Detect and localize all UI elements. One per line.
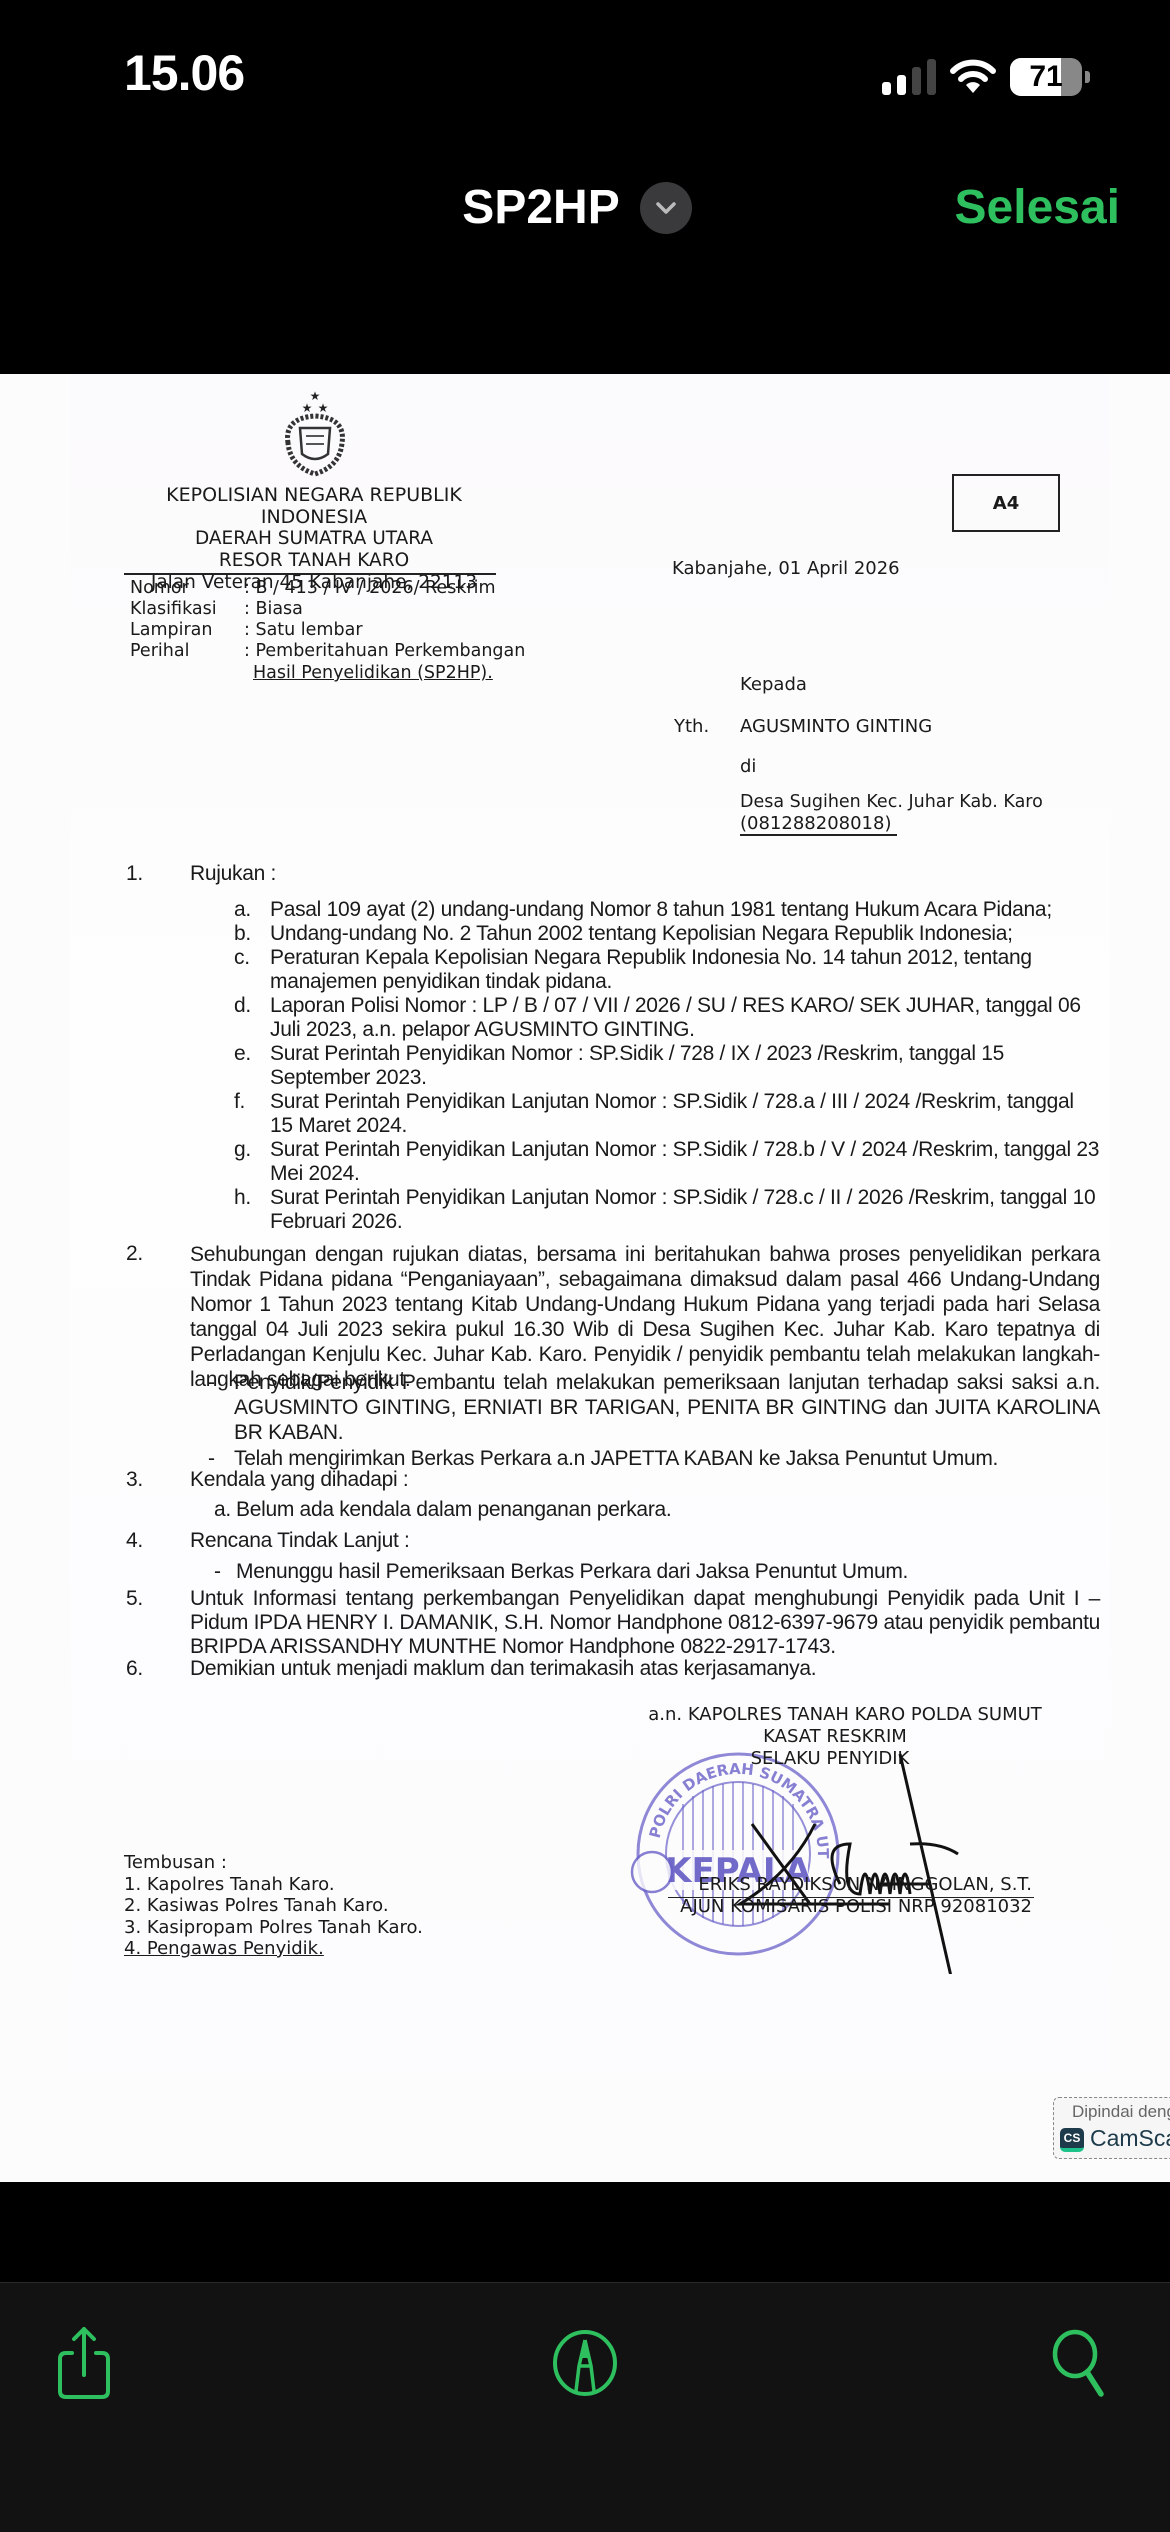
- recipient-address: Desa Sugihen Kec. Juhar Kab. Karo: [740, 792, 1043, 812]
- followup-bullet: -Menunggu hasil Pemeriksaan Berkas Perka…: [214, 1559, 1106, 1584]
- recipient-kepada: Kepada: [740, 674, 807, 695]
- wifi-icon: [950, 59, 996, 95]
- bottom-toolbar: [0, 2282, 1170, 2532]
- section-1-number: 1.: [126, 862, 143, 886]
- handwritten-signature: [700, 1734, 1000, 1974]
- cc-item: 3. Kasipropam Polres Tanah Karo.: [124, 1917, 423, 1939]
- battery-percent: 71: [1029, 60, 1062, 94]
- meta-lampiran: Lampiran: Satu lembar: [130, 620, 363, 640]
- markup-button[interactable]: [545, 2323, 625, 2403]
- recipient-yth: Yth.: [674, 716, 709, 737]
- obstacle-item: a.Belum ada kendala dalam penanganan per…: [214, 1498, 1080, 1522]
- status-icons: 71: [882, 58, 1090, 96]
- section-4-number: 4.: [126, 1529, 143, 1553]
- share-button[interactable]: [44, 2323, 124, 2403]
- section-6-number: 6.: [126, 1657, 143, 1681]
- reference-item: c.Peraturan Kepala Kepolisian Negara Rep…: [234, 946, 1100, 994]
- reference-item: b.Undang-undang No. 2 Tahun 2002 tentang…: [234, 922, 1100, 946]
- chevron-down-icon[interactable]: [640, 182, 692, 234]
- signer: ERIKS RAYDIKSON NAINGGOLAN, S.T. AJUN KO…: [672, 1874, 1032, 1918]
- reference-item: d.Laporan Polisi Nomor : LP / B / 07 / V…: [234, 994, 1100, 1042]
- status-time: 15.06: [124, 44, 244, 102]
- recipient-name: AGUSMINTO GINTING: [740, 716, 932, 737]
- signer-rank: AJUN KOMISARIS POLISI NRP 92081032: [672, 1896, 1032, 1918]
- search-icon: [1045, 2328, 1115, 2398]
- letterhead-divider: [124, 573, 496, 575]
- section-4-heading: Rencana Tindak Lanjut :: [190, 1529, 410, 1553]
- recipient-phone: (081288208018): [740, 813, 897, 836]
- place-date: Kabanjahe, 01 April 2026: [672, 558, 900, 579]
- recipient-di: di: [740, 756, 756, 777]
- section-6-text: Demikian untuk menjadi maklum dan terima…: [190, 1657, 816, 1681]
- markup-pen-icon: [550, 2328, 620, 2398]
- section-2-number: 2.: [126, 1242, 143, 1266]
- signer-divider: [668, 1897, 1034, 1898]
- svg-text:★: ★: [318, 401, 329, 415]
- reference-item: f.Surat Perintah Penyidikan Lanjutan Nom…: [234, 1090, 1100, 1138]
- camscanner-logo-icon: CS: [1060, 2128, 1084, 2152]
- reference-item: g.Surat Perintah Penyidikan Lanjutan Nom…: [234, 1138, 1100, 1186]
- cc-item: 4. Pengawas Penyidik.: [124, 1938, 423, 1960]
- reference-item: h.Surat Perintah Penyidikan Lanjutan Nom…: [234, 1186, 1100, 1234]
- reference-item: e.Surat Perintah Penyidikan Nomor : SP.S…: [234, 1042, 1100, 1090]
- document-view[interactable]: ★ ★ ★ KEPOLISIAN NEGARA REPUBLIK INDONES…: [0, 374, 1170, 2182]
- police-emblem-icon: ★ ★ ★: [270, 388, 360, 478]
- reference-item: a.Pasal 109 ayat (2) undang-undang Nomor…: [234, 898, 1100, 922]
- share-icon: [54, 2325, 114, 2401]
- carbon-copy-list: Tembusan : 1. Kapolres Tanah Karo. 2. Ka…: [124, 1852, 423, 1960]
- section-5-text: Untuk Informasi tentang perkembangan Pen…: [190, 1587, 1100, 1659]
- section-5-number: 5.: [126, 1587, 143, 1611]
- meta-nomor: Nomor: B / 413 / IV / 2026/ Reskrim: [130, 578, 496, 598]
- section-3-number: 3.: [126, 1468, 143, 1492]
- battery-icon: 71: [1010, 58, 1082, 96]
- cc-item: 1. Kapolres Tanah Karo.: [124, 1874, 423, 1896]
- meta-perihal: Perihal: Pemberitahuan Perkembangan: [130, 641, 525, 661]
- paper-size-box: A4: [952, 474, 1060, 532]
- signer-name: ERIKS RAYDIKSON NAINGGOLAN, S.T.: [672, 1874, 1032, 1896]
- camscanner-watermark: Dipindai dengan CS CamScanner: [1053, 2097, 1170, 2159]
- svg-text:★: ★: [302, 401, 313, 415]
- done-button[interactable]: Selesai: [955, 180, 1120, 235]
- section-3-heading: Kendala yang dihadapi :: [190, 1468, 408, 1492]
- cellular-signal-icon: [882, 59, 936, 95]
- search-button[interactable]: [1040, 2323, 1120, 2403]
- document-title-text: SP2HP: [462, 180, 619, 235]
- perihal-line2: Hasil Penyelidikan (SP2HP).: [253, 663, 493, 683]
- progress-bullet: -Penyidik/Penyidik Pembantu telah melaku…: [208, 1370, 1100, 1445]
- section-1-heading: Rujukan :: [190, 862, 276, 886]
- meta-klasifikasi: Klasifikasi: Biasa: [130, 599, 303, 619]
- cc-item: 2. Kasiwas Polres Tanah Karo.: [124, 1895, 423, 1917]
